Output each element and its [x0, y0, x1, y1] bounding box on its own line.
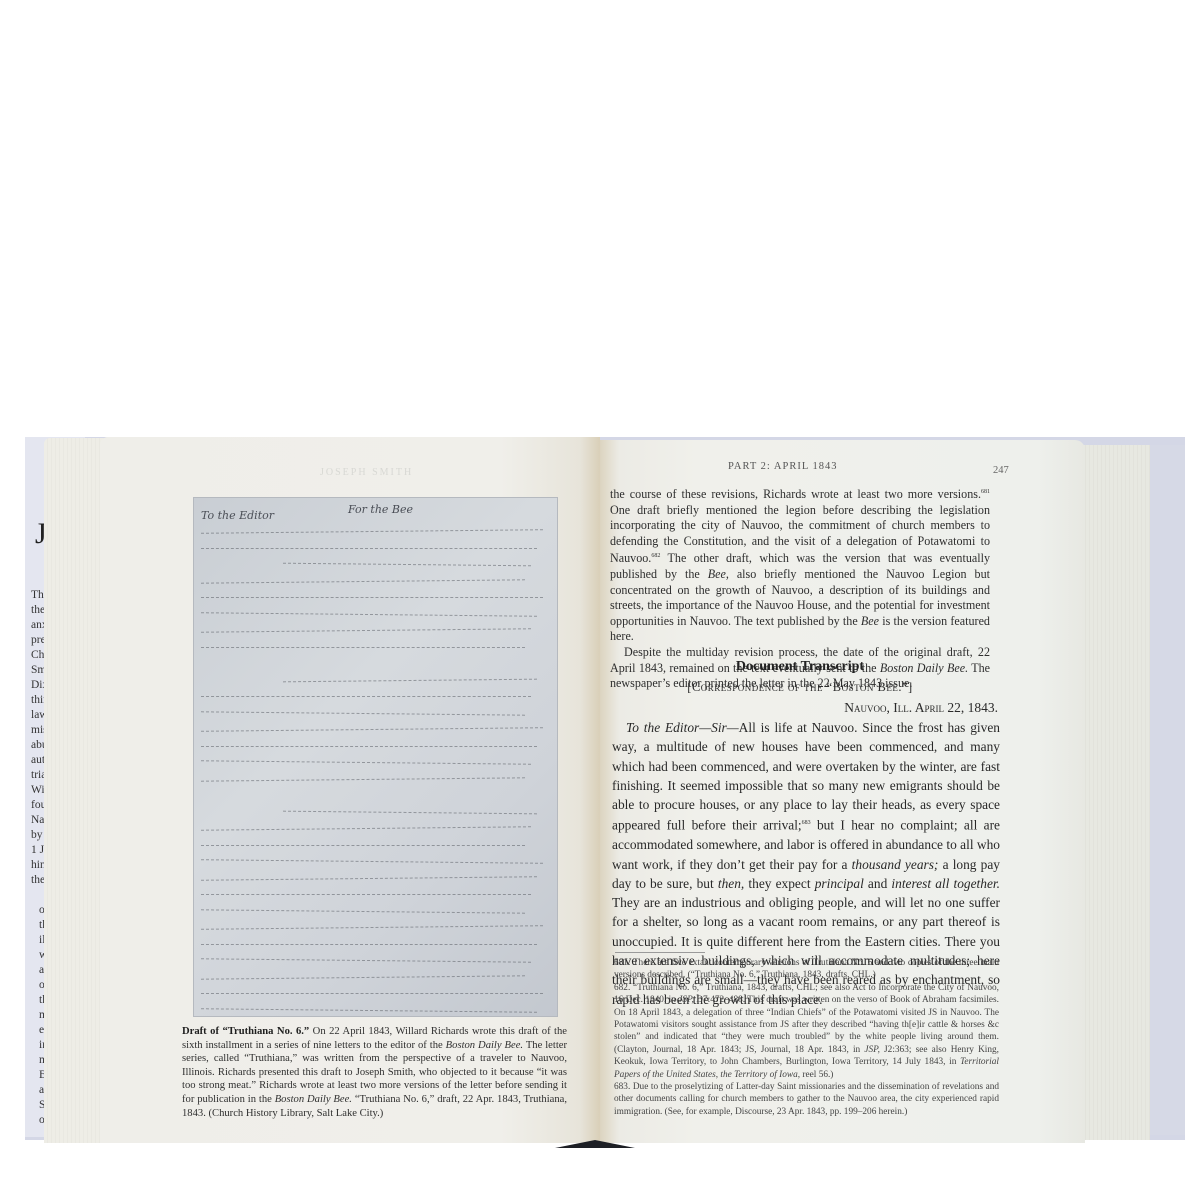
figure-caption: Draft of “Truthiana No. 6.” On 22 April …: [182, 1025, 567, 1120]
handwriting-line: [201, 529, 543, 535]
handwriting-line: [201, 993, 543, 995]
document-subtitle: [Correspondence of the “Boston Bee.”]: [600, 680, 1000, 695]
handwriting-line: [201, 760, 531, 765]
handwriting-line: [201, 975, 525, 980]
footnotes: 681. There are five extant contemporary …: [614, 957, 999, 1118]
footnote-ref[interactable]: 682: [651, 553, 660, 559]
handwriting-line: [201, 548, 537, 550]
salutation: To the Editor—Sir—: [626, 720, 739, 735]
handwriting-line: [201, 647, 525, 649]
handwriting-line: [201, 628, 531, 633]
background-book-right-edge: [1150, 445, 1185, 1135]
handwriting-line: [201, 958, 531, 963]
handwriting-line: [201, 944, 537, 946]
manuscript-photo: To the Editor For the Bee: [193, 497, 558, 1017]
handwriting-line: [201, 579, 525, 584]
manuscript-heading: For the Bee: [348, 503, 413, 516]
background-text-fragment: the: [31, 603, 45, 618]
handwriting-line: [201, 696, 531, 698]
page-number: 247: [993, 465, 1009, 476]
right-page-stack-edge: [1078, 445, 1150, 1140]
document-dateline: Nauvoo, Ill. April 22, 1843.: [760, 700, 998, 716]
handwriting-line: [201, 1008, 537, 1014]
caption-title: Draft of “Truthiana No. 6.”: [182, 1026, 309, 1037]
background-text-fragment: 1 J: [31, 843, 44, 858]
handwriting-line: [201, 859, 543, 865]
handwriting-line: [283, 678, 537, 683]
footnote-divider: [615, 952, 705, 953]
handwriting-line: [201, 711, 525, 716]
handwriting-line: [201, 597, 543, 599]
running-head: PART 2: APRIL 1843: [728, 461, 837, 472]
handwriting-line: [201, 925, 543, 931]
background-text-fragment: the: [31, 873, 45, 888]
footnote-682: 682. “Truthiana No. 6,” Truthiana, 1843,…: [614, 982, 999, 1081]
handwriting-line: [201, 727, 543, 733]
left-page-show-through-header: JOSEPH SMITH: [320, 467, 413, 478]
handwriting-line: [201, 845, 525, 847]
handwriting-line: [201, 894, 531, 896]
handwriting-line: [201, 746, 537, 748]
handwriting-line: [201, 876, 537, 882]
intro-paragraph-1: the course of these revisions, Richards …: [610, 485, 990, 645]
footnote-ref[interactable]: 683: [802, 820, 811, 826]
footnote-683: 683. Due to the proselytizing of Latter-…: [614, 1081, 999, 1118]
handwriting-line: [283, 563, 531, 568]
handwriting-line: [201, 826, 531, 831]
footnote-681: 681. There are five extant contemporary …: [614, 957, 999, 982]
handwriting-line: [201, 612, 537, 618]
handwriting-line: [201, 777, 525, 782]
manuscript-salutation: To the Editor: [201, 509, 274, 522]
footnote-ref[interactable]: 681: [981, 489, 990, 495]
handwriting-line: [201, 909, 525, 914]
handwriting-line: [283, 810, 537, 815]
section-heading: Document Transcript: [600, 659, 1000, 675]
